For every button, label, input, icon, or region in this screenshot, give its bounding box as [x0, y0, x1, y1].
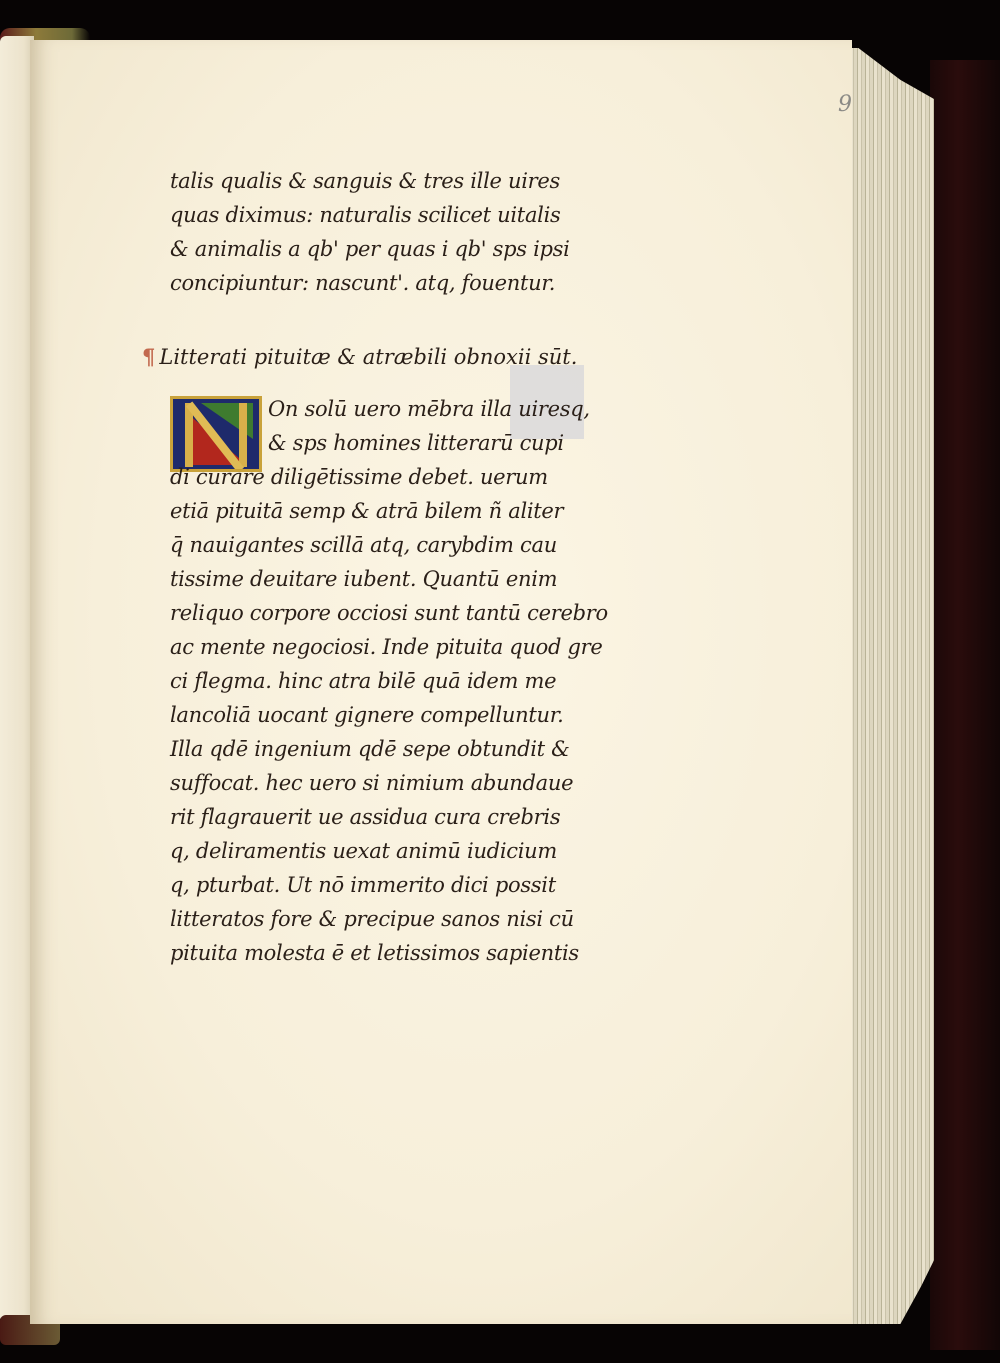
- rubric-text: Litterati pituitæ & atræbili obnoxii sūt…: [159, 345, 577, 369]
- text-line: ci flegma. hinc atra bilē quā idem me: [170, 664, 608, 698]
- text-line: & sps homines litterarū cupi: [268, 426, 598, 460]
- text-line: di curare diligētissime debet. uerum: [170, 460, 608, 494]
- text-line: tissime deuitare iubent. Quantū enim: [170, 562, 608, 596]
- text-line: q̄ nauigantes scillā atq, carybdim cau: [170, 528, 608, 562]
- text-line: q, deliramentis uexat animū iudicium: [170, 834, 608, 868]
- text-block: talis qualis & sanguis & tres ille uires…: [170, 164, 610, 300]
- rubric-heading: ¶Litterati pituitæ & atræbili obnoxii sū…: [170, 340, 577, 374]
- text-body: di curare diligētissime debet. uerum eti…: [170, 460, 608, 970]
- page-block-edges: [850, 48, 934, 1324]
- text-line: reliquo corpore occiosi sunt tantū cereb…: [170, 596, 608, 630]
- text-line: & animalis a qb' per quas i qb' sps ipsi: [170, 232, 610, 266]
- text-line: pituita molesta ē et letissimos sapienti…: [170, 936, 608, 970]
- text-line: quas diximus: naturalis scilicet uitalis: [170, 198, 610, 232]
- binding-cover-right: [930, 60, 1000, 1350]
- text-line: ac mente negociosi. Inde pituita quod gr…: [170, 630, 608, 664]
- text-line: On solū uero mēbra illa uiresq,: [268, 392, 598, 426]
- text-line: lancoliā uocant gignere compelluntur.: [170, 698, 608, 732]
- text-line: Illa qdē ingenium qdē sepe obtundit &: [170, 732, 608, 766]
- pilcrow-icon: ¶: [142, 344, 155, 369]
- text-line: litteratos fore & precipue sanos nisi cū: [170, 902, 608, 936]
- text-top: talis qualis & sanguis & tres ille uires…: [170, 164, 610, 300]
- text-line: suffocat. hec uero si nimium abundaue: [170, 766, 608, 800]
- initial-adjacent-text: On solū uero mēbra illa uiresq, & sps ho…: [268, 392, 598, 460]
- text-line: talis qualis & sanguis & tres ille uires: [170, 164, 610, 198]
- text-line: concipiuntur: nascunt'. atq, fouentur.: [170, 266, 610, 300]
- text-line: rit flagrauerit ue assidua cura crebris: [170, 800, 608, 834]
- facing-page-edge: [0, 36, 34, 1323]
- text-line: q, pturbat. Ut nō immerito dici possit: [170, 868, 608, 902]
- folio-number: 9: [838, 92, 852, 117]
- text-line: etiā pituitā semp & atrā bilem ñ aliter: [170, 494, 608, 528]
